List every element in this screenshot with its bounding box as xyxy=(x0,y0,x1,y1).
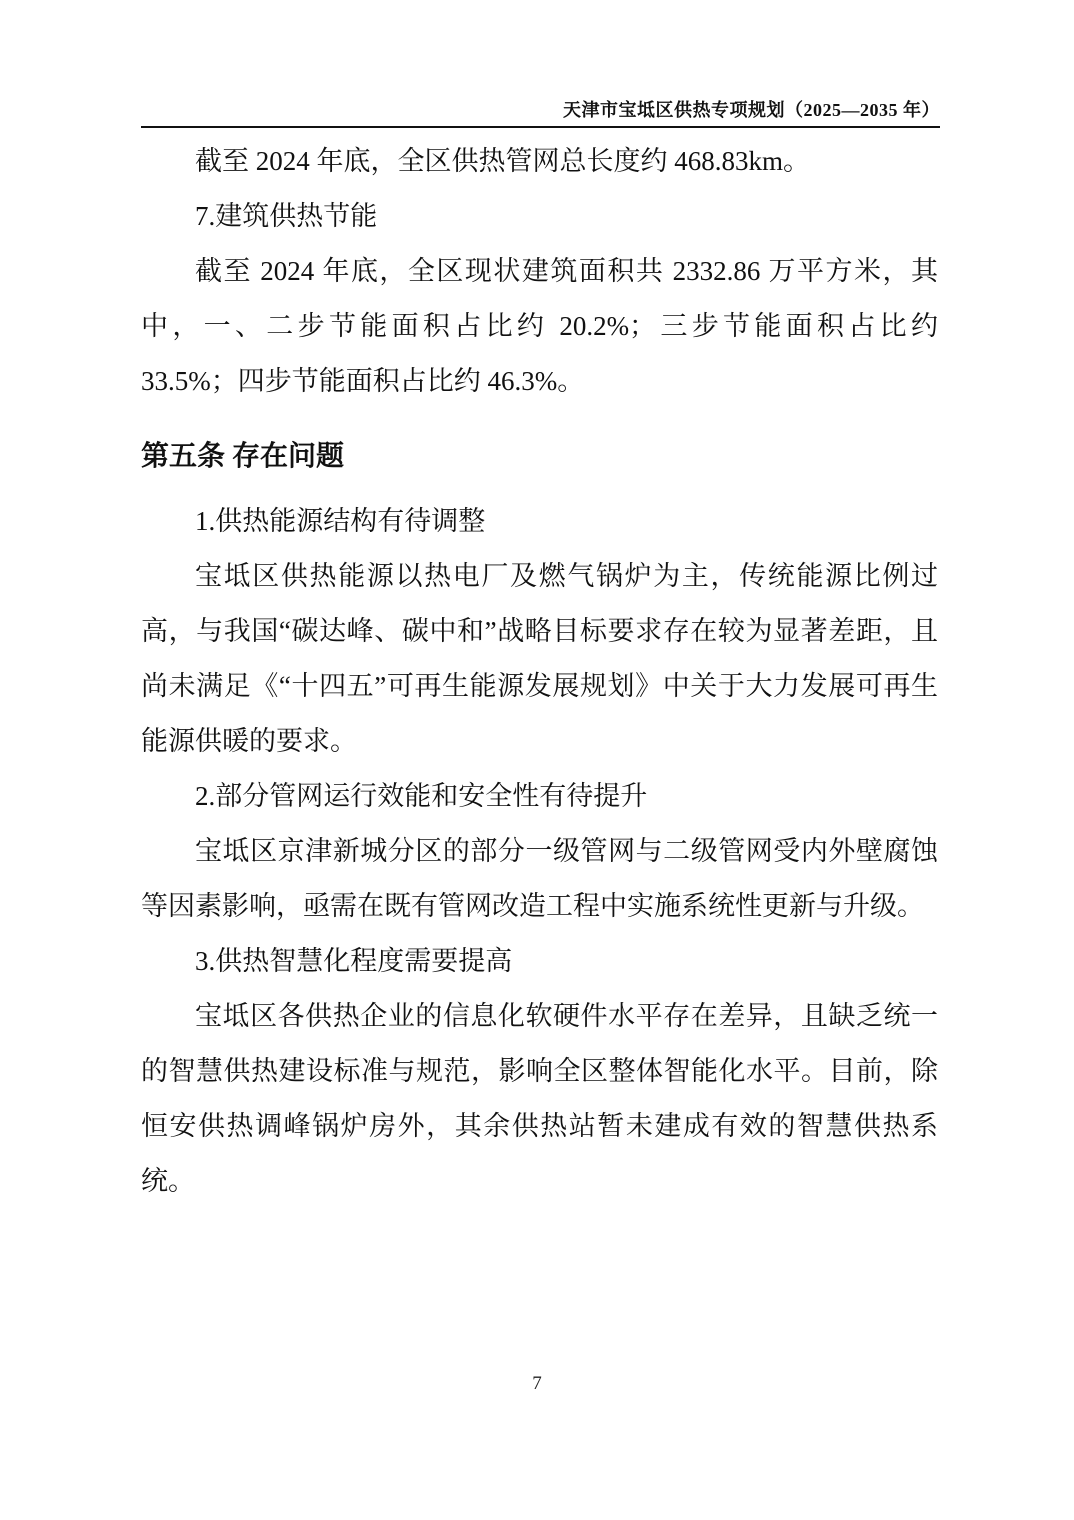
section-heading-article5: 第五条 存在问题 xyxy=(141,429,938,484)
body-paragraph-issue3-detail: 宝坻区各供热企业的信息化软硬件水平存在差异，且缺乏统一的智慧供热建设标准与规范，… xyxy=(141,989,938,1209)
document-body: 截至 2024 年底，全区供热管网总长度约 468.83km。 7.建筑供热节能… xyxy=(141,134,938,1209)
document-page: 天津市宝坻区供热专项规划（2025—2035 年） 截至 2024 年底，全区供… xyxy=(0,0,1074,1520)
header-title: 天津市宝坻区供热专项规划（2025—2035 年） xyxy=(141,99,940,121)
header-rule-divider xyxy=(141,126,940,128)
page-number: 7 xyxy=(532,1373,542,1394)
body-paragraph-issue1-detail: 宝坻区供热能源以热电厂及燃气锅炉为主，传统能源比例过高，与我国“碳达峰、碳中和”… xyxy=(141,549,938,769)
body-paragraph-issue1-title: 1.供热能源结构有待调整 xyxy=(141,494,938,549)
page-footer: 7 xyxy=(0,1370,1074,1398)
page-header: 天津市宝坻区供热专项规划（2025—2035 年） xyxy=(141,99,940,128)
body-paragraph-issue3-title: 3.供热智慧化程度需要提高 xyxy=(141,934,938,989)
body-paragraph-issue2-title: 2.部分管网运行效能和安全性有待提升 xyxy=(141,769,938,824)
body-paragraph-item7-title: 7.建筑供热节能 xyxy=(141,189,938,244)
body-paragraph-pipeline-length: 截至 2024 年底，全区供热管网总长度约 468.83km。 xyxy=(141,134,938,189)
body-paragraph-building-area: 截至 2024 年底，全区现状建筑面积共 2332.86 万平方米，其中，一、二… xyxy=(141,244,938,409)
body-paragraph-issue2-detail: 宝坻区京津新城分区的部分一级管网与二级管网受内外壁腐蚀等因素影响，亟需在既有管网… xyxy=(141,824,938,934)
